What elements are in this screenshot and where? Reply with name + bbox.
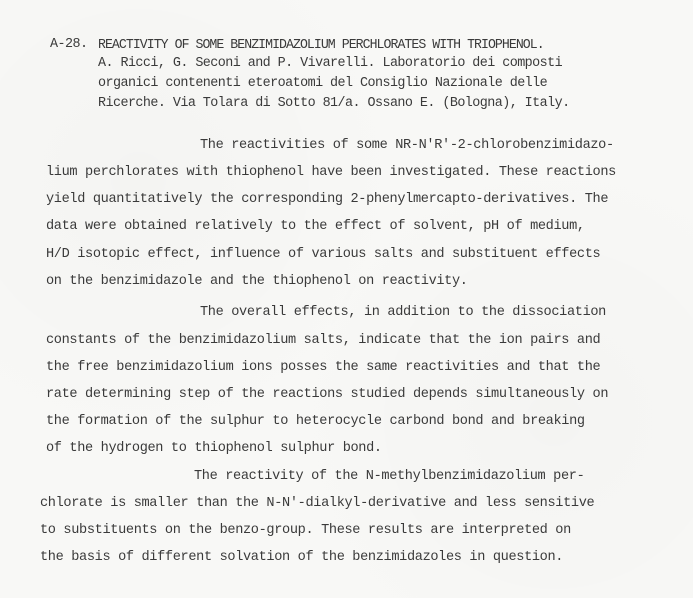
paragraph-line: rate determining step of the reactions s… xyxy=(46,388,608,402)
paragraph-line: lium perchlorates with thiophenol have b… xyxy=(46,166,616,180)
authors-line: A. Ricci, G. Seconi and P. Vivarelli. La… xyxy=(98,57,562,70)
paragraph-line: The overall effects, in addition to the … xyxy=(200,306,606,320)
paragraph-line: to substituents on the benzo-group. Thes… xyxy=(40,524,571,538)
paragraph-line: data were obtained relatively to the eff… xyxy=(46,220,585,234)
abstract-title: REACTIVITY OF SOME BENZIMIDAZOLIUM PERCH… xyxy=(98,37,544,51)
paragraph-line: on the benzimidazole and the thiophenol … xyxy=(46,275,468,289)
document-page: A-28. REACTIVITY OF SOME BENZIMIDAZOLIUM… xyxy=(0,0,693,598)
abstract-number: A-28. xyxy=(50,38,87,51)
paragraph-line: yield quantitatively the corresponding 2… xyxy=(46,193,608,207)
paragraph-line: of the hydrogen to thiophenol sulphur bo… xyxy=(46,442,382,456)
paragraph-line: chlorate is smaller than the N-N'-dialky… xyxy=(40,497,594,511)
paragraph-line: constants of the benzimidazolium salts, … xyxy=(46,334,600,348)
paragraph-line: the formation of the sulphur to heterocy… xyxy=(46,415,585,429)
paragraph-line: H/D isotopic effect, influence of variou… xyxy=(46,248,600,262)
address-line: Ricerche. Via Tolara di Sotto 81/a. Ossa… xyxy=(98,97,570,110)
paragraph-line: The reactivity of the N-methylbenzimidaz… xyxy=(194,470,584,484)
paragraph-line: the free benzimidazolium ions posses the… xyxy=(46,361,600,375)
paragraph-line: the basis of different solvation of the … xyxy=(40,551,563,565)
affiliation-line: organici contenenti eteroatomi del Consi… xyxy=(98,77,547,90)
paragraph-line: The reactivities of some NR-N'R'-2-chlor… xyxy=(200,139,614,153)
